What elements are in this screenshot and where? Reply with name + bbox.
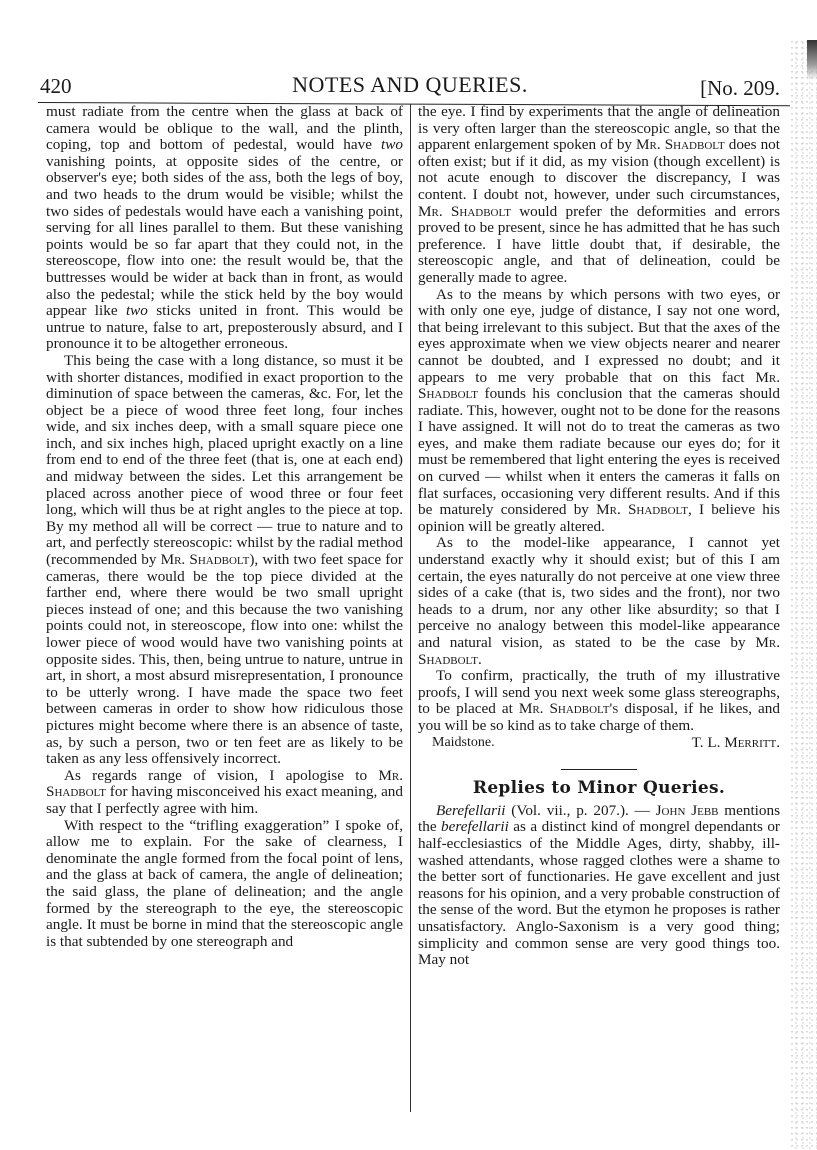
person-name: Mr. Shadbolt: [161, 551, 250, 568]
emphasis: two: [126, 302, 148, 319]
paragraph: To confirm, practically, the truth of my…: [418, 668, 780, 734]
issue-number: [No. 209.: [700, 76, 780, 101]
section-heading: Replies to Minor Queries.: [418, 780, 780, 797]
person-name: Mr. Shadbolt: [596, 501, 688, 518]
paragraph: With respect to the “trifling exaggerati…: [46, 818, 403, 951]
paragraph: Berefellarii (Vol. vii., p. 207.). — Joh…: [418, 803, 780, 969]
page-corner-shadow: [807, 40, 817, 80]
journal-title: NOTES AND QUERIES.: [40, 72, 780, 98]
person-name: Mr. Shadbolt's: [519, 700, 619, 717]
paragraph: As to the means by which persons with tw…: [418, 287, 780, 536]
paragraph: must radiate from the centre when the gl…: [46, 104, 403, 353]
paragraph: the eye. I find by experiments that the …: [418, 104, 780, 287]
signature: T. L. Merritt.: [674, 735, 780, 752]
right-column: the eye. I find by experiments that the …: [418, 104, 780, 969]
paragraph: As regards range of vision, I apologise …: [46, 768, 403, 818]
left-column: must radiate from the centre when the gl…: [46, 104, 403, 950]
paragraph: As to the model-like appearance, I canno…: [418, 535, 780, 668]
person-name: Mr. Shadbolt: [636, 136, 725, 153]
page-header: 420 NOTES AND QUERIES. [No. 209.: [40, 72, 780, 102]
emphasis: two: [381, 136, 403, 153]
person-name: Mr. Shadbolt: [418, 203, 511, 220]
emphasis: berefellarii: [441, 818, 509, 835]
paragraph: This being the case with a long distance…: [46, 353, 403, 768]
column-divider: [410, 104, 411, 1112]
person-name: John Jebb: [656, 802, 719, 819]
page-edge-texture: [791, 40, 817, 1150]
entry-title: Berefellarii: [436, 802, 505, 819]
section-rule: [561, 769, 637, 770]
